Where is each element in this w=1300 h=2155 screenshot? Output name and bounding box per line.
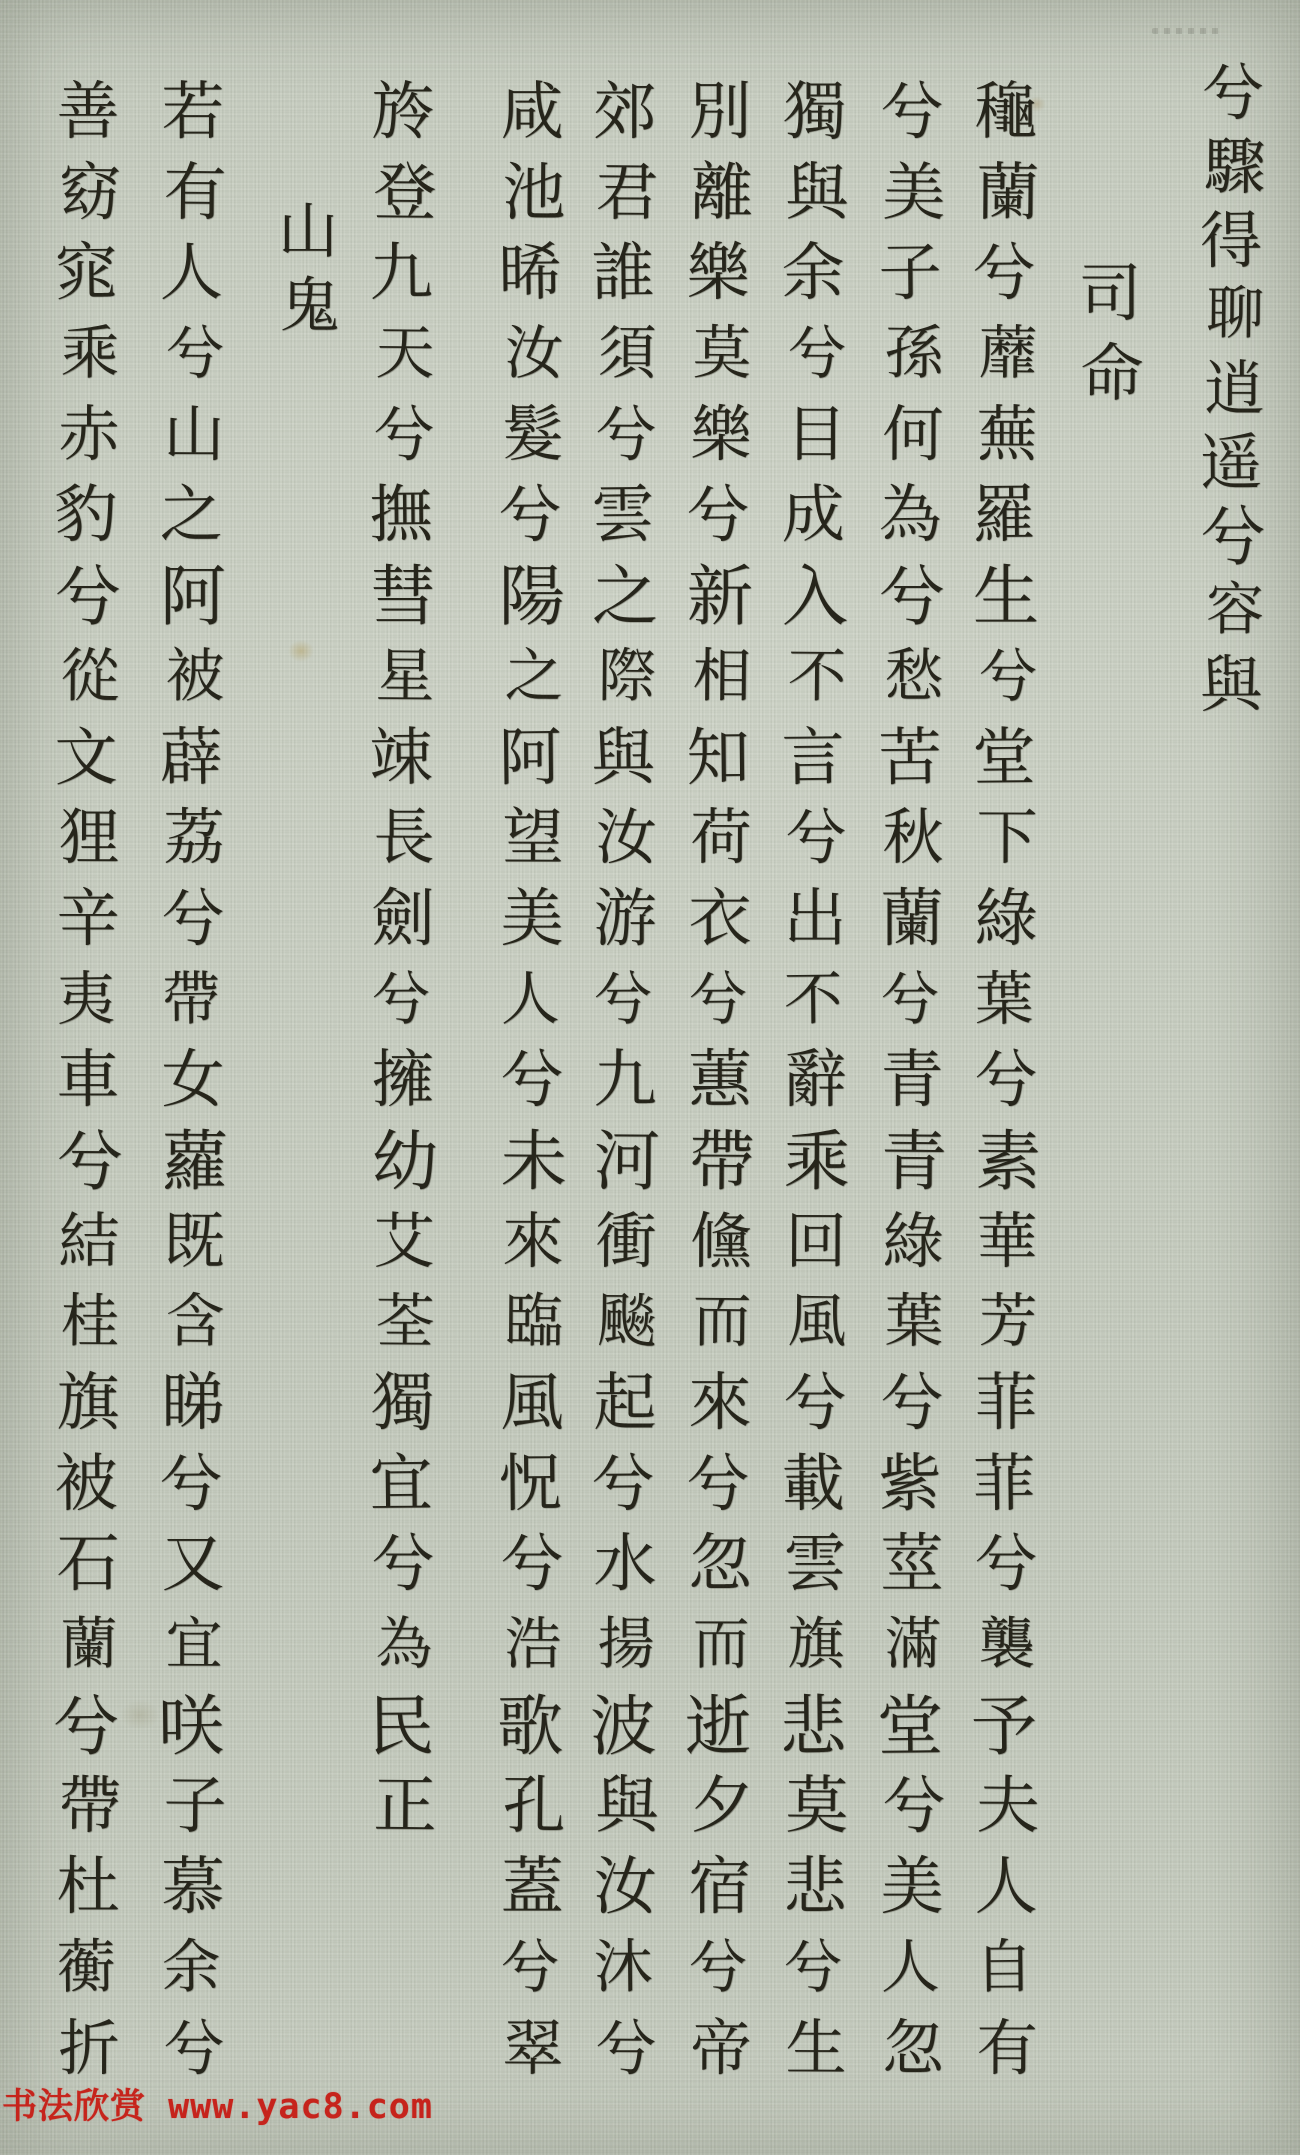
glyph: 夕 <box>680 1760 765 1841</box>
glyph: 兮 <box>676 1437 761 1519</box>
glyph: 杜 <box>46 1841 130 1922</box>
glyph: 從 <box>48 630 133 711</box>
glyph: 辭 <box>773 1034 857 1115</box>
glyph: 浩 <box>492 1600 574 1679</box>
glyph: 芳 <box>966 1276 1051 1357</box>
glyph: 窈 <box>48 146 133 227</box>
glyph: 又 <box>151 1518 235 1599</box>
column-siming-5: 郊君誰須兮雲之際與汝游兮九河衝飈起兮水揚波與汝沐兮 <box>583 66 667 2083</box>
glyph: 帶 <box>48 1760 133 1841</box>
glyph: 乘 <box>48 308 133 389</box>
glyph: 莫 <box>775 1760 860 1841</box>
glyph: 生 <box>964 550 1048 631</box>
glyph: 蘅 <box>44 1921 129 2003</box>
glyph: 生 <box>775 2004 857 2083</box>
glyph: 入 <box>773 550 857 631</box>
glyph: 辛 <box>46 873 130 954</box>
glyph: 兮 <box>490 1518 574 1599</box>
glyph: 與 <box>775 146 860 227</box>
glyph: 阿 <box>151 550 235 631</box>
glyph: 蘭 <box>966 146 1051 227</box>
glyph: 荃 <box>363 1276 448 1357</box>
glyph: 蕙 <box>678 1034 762 1115</box>
glyph: 余 <box>771 227 856 309</box>
glyph: 兮 <box>359 953 444 1035</box>
glyph: 命 <box>1070 328 1155 409</box>
glyph: 文 <box>44 711 129 793</box>
glyph: 愁 <box>872 630 957 711</box>
glyph: 蘼 <box>966 308 1051 389</box>
glyph: 堂 <box>868 1679 953 1761</box>
glyph: 赤 <box>48 390 130 469</box>
glyph: 翠 <box>492 2004 574 2083</box>
glyph: 子 <box>868 227 953 309</box>
glyph: 鬼 <box>268 264 353 339</box>
glyph: 雲 <box>581 469 666 551</box>
glyph: 獨 <box>361 1357 445 1438</box>
glyph: 咲 <box>149 1679 234 1761</box>
glyph: 逝 <box>676 1679 761 1761</box>
glyph: 與 <box>1189 642 1274 717</box>
glyph: 來 <box>678 1357 762 1438</box>
glyph: 宿 <box>678 1841 762 1922</box>
glyph: 余 <box>149 1921 234 2003</box>
glyph: 羅 <box>962 469 1047 551</box>
glyph: 兮 <box>151 873 235 954</box>
glyph: 紫 <box>868 1437 953 1519</box>
glyph: 晞 <box>488 227 573 309</box>
glyph: 星 <box>363 630 448 711</box>
column-siming-6: 咸池晞汝髮兮陽之阿望美人兮未來臨風怳兮浩歌孔蓋兮翠 <box>490 66 574 2083</box>
glyph: 龝 <box>964 66 1048 147</box>
glyph: 艾 <box>363 1197 445 1276</box>
glyph: 汝 <box>585 793 667 872</box>
glyph: 忽 <box>678 1518 762 1599</box>
glyph: 汝 <box>492 308 577 389</box>
glyph: 衝 <box>585 1197 667 1276</box>
glyph: 菲 <box>962 1437 1047 1519</box>
glyph: 儵 <box>680 1197 762 1276</box>
column-shangui-2: 善窈窕乘赤豹兮從文狸辛夷車兮結桂旗被石蘭兮帶杜蘅折 <box>46 66 130 2083</box>
glyph: 兮 <box>46 550 130 631</box>
glyph: 兮 <box>964 1034 1048 1115</box>
glyph: 善 <box>46 66 130 147</box>
glyph: 兮 <box>870 550 954 631</box>
glyph: 兮 <box>870 1357 954 1438</box>
glyph: 有 <box>153 146 238 227</box>
glyph: 旗 <box>775 1600 857 1679</box>
glyph: 旍 <box>361 66 445 147</box>
glyph: 兮 <box>676 1921 761 2003</box>
column-siming-1: 龝蘭兮蘼蕪羅生兮堂下綠葉兮素華芳菲菲兮襲予夫人自有 <box>964 66 1048 2083</box>
column-siming-2: 兮美子孫何為兮愁苦秋蘭兮青青綠葉兮紫莖滿堂兮美人忽 <box>870 66 954 2083</box>
glyph: 池 <box>492 146 577 227</box>
glyph: 兮 <box>363 390 445 469</box>
glyph: 兮 <box>676 469 761 551</box>
glyph: 之 <box>583 550 667 631</box>
glyph: 荷 <box>680 793 762 872</box>
column-xiangfuren-ending: 兮驟得聊逍遥兮容與 <box>1191 50 1275 716</box>
glyph: 咸 <box>490 66 574 147</box>
glyph: 莖 <box>870 1518 954 1599</box>
glyph: 蘭 <box>48 1600 130 1679</box>
glyph: 髮 <box>492 390 574 469</box>
glyph: 素 <box>966 1115 1051 1196</box>
glyph: 九 <box>583 1034 667 1115</box>
glyph: 兮 <box>962 227 1047 309</box>
glyph: 蘿 <box>153 1115 238 1196</box>
glyph: 揚 <box>585 1600 667 1679</box>
glyph: 悲 <box>773 1841 857 1922</box>
glyph: 風 <box>775 1276 860 1357</box>
glyph: 夷 <box>44 953 129 1035</box>
glyph: 石 <box>46 1518 130 1599</box>
glyph: 既 <box>153 1197 235 1276</box>
glyph: 忽 <box>872 2004 954 2083</box>
glyph: 知 <box>676 711 761 793</box>
glyph: 兮 <box>1191 494 1275 568</box>
glyph: 兮 <box>773 1357 857 1438</box>
glyph: 兮 <box>585 2004 667 2083</box>
glyph: 樂 <box>680 390 762 469</box>
glyph: 兮 <box>966 630 1051 711</box>
glyph: 被 <box>153 630 238 711</box>
glyph: 為 <box>868 469 953 551</box>
glyph: 葉 <box>872 1276 957 1357</box>
faint-edge-marks <box>1152 28 1222 34</box>
glyph: 宜 <box>153 1600 235 1679</box>
glyph: 兮 <box>676 953 761 1035</box>
glyph: 兮 <box>488 469 573 551</box>
glyph: 荔 <box>153 793 235 872</box>
glyph: 葉 <box>962 953 1047 1035</box>
poem-title-shangui: 山鬼 <box>266 190 350 338</box>
glyph: 窕 <box>44 227 129 309</box>
glyph: 兮 <box>490 1034 574 1115</box>
glyph: 為 <box>363 1600 445 1679</box>
glyph: 回 <box>775 1197 857 1276</box>
glyph: 相 <box>680 630 765 711</box>
glyph: 帶 <box>149 953 234 1035</box>
glyph: 兮 <box>48 1115 133 1196</box>
glyph: 兮 <box>870 66 954 147</box>
glyph: 人 <box>149 227 234 309</box>
glyph: 青 <box>872 1115 957 1196</box>
glyph: 游 <box>583 873 667 954</box>
glyph: 兮 <box>964 1518 1048 1599</box>
glyph: 際 <box>585 630 670 711</box>
glyph: 人 <box>964 1841 1048 1922</box>
glyph: 美 <box>490 873 574 954</box>
glyph: 有 <box>966 2004 1048 2083</box>
glyph: 民 <box>359 1679 444 1761</box>
glyph: 兮 <box>585 390 667 469</box>
glyph: 華 <box>966 1197 1048 1276</box>
glyph: 慕 <box>151 1841 235 1922</box>
glyph: 車 <box>46 1034 130 1115</box>
glyph: 離 <box>680 146 765 227</box>
glyph: 美 <box>872 146 957 227</box>
glyph: 竦 <box>359 711 444 793</box>
paper-stain <box>288 640 314 662</box>
glyph: 不 <box>771 953 856 1035</box>
glyph: 兮 <box>153 2004 235 2083</box>
glyph: 水 <box>583 1518 667 1599</box>
glyph: 莫 <box>680 308 765 389</box>
glyph: 天 <box>363 308 448 389</box>
glyph: 兮 <box>775 793 857 872</box>
glyph: 苦 <box>868 711 953 793</box>
glyph: 予 <box>962 1679 1047 1761</box>
glyph: 兮 <box>775 308 860 389</box>
glyph: 宜 <box>359 1437 444 1519</box>
glyph: 撫 <box>359 469 444 551</box>
glyph: 成 <box>771 469 856 551</box>
glyph: 新 <box>678 550 762 631</box>
glyph: 出 <box>773 873 857 954</box>
glyph: 兮 <box>581 953 666 1035</box>
glyph: 兮 <box>149 1437 234 1519</box>
glyph: 兮 <box>488 1921 573 2003</box>
glyph: 兮 <box>361 1518 445 1599</box>
glyph: 望 <box>492 793 574 872</box>
glyph: 遥 <box>1189 420 1274 495</box>
glyph: 兮 <box>868 953 953 1035</box>
column-siming-3: 獨與余兮目成入不言兮出不辭乘回風兮載雲旗悲莫悲兮生 <box>773 66 857 2083</box>
glyph: 誰 <box>581 227 666 309</box>
glyph: 之 <box>492 630 577 711</box>
glyph: 兮 <box>581 1437 666 1519</box>
glyph: 容 <box>1193 568 1278 643</box>
glyph: 桂 <box>48 1276 133 1357</box>
glyph: 襲 <box>966 1600 1048 1679</box>
glyph: 河 <box>585 1115 670 1196</box>
glyph: 秋 <box>872 793 954 872</box>
glyph: 不 <box>775 630 860 711</box>
glyph: 載 <box>771 1437 856 1519</box>
glyph: 女 <box>151 1034 235 1115</box>
glyph: 風 <box>490 1357 574 1438</box>
glyph: 兮 <box>44 1679 129 1761</box>
glyph: 波 <box>581 1679 666 1761</box>
glyph: 目 <box>775 390 857 469</box>
glyph: 蕪 <box>966 390 1048 469</box>
glyph: 幼 <box>363 1115 448 1196</box>
glyph: 飈 <box>585 1276 670 1357</box>
glyph: 乘 <box>775 1115 860 1196</box>
column-siming-7: 旍登九天兮撫彗星竦長劍兮擁幼艾荃獨宜兮為民正 <box>361 66 445 1841</box>
glyph: 悲 <box>771 1679 856 1761</box>
glyph: 起 <box>583 1357 667 1438</box>
glyph: 別 <box>678 66 762 147</box>
poem-title-siming: 司命 <box>1068 248 1152 408</box>
site-watermark-text: 书法欣赏 www.yac8.com <box>2 2079 433 2129</box>
glyph: 得 <box>1189 198 1274 273</box>
glyph: 綠 <box>872 1197 954 1276</box>
glyph: 蘭 <box>870 873 954 954</box>
glyph: 司 <box>1068 248 1152 328</box>
glyph: 九 <box>359 227 444 309</box>
glyph: 睇 <box>151 1357 235 1438</box>
glyph: 孔 <box>492 1760 577 1841</box>
glyph: 阿 <box>488 711 573 793</box>
glyph: 擁 <box>361 1034 445 1115</box>
glyph: 子 <box>153 1760 238 1841</box>
glyph: 言 <box>771 711 856 793</box>
site-watermark: 书法欣赏 www.yac8.com <box>2 2084 433 2124</box>
glyph: 含 <box>153 1276 238 1357</box>
glyph: 蓋 <box>490 1841 574 1922</box>
glyph: 綠 <box>964 873 1048 954</box>
glyph: 旗 <box>46 1357 130 1438</box>
glyph: 臨 <box>492 1276 577 1357</box>
glyph: 之 <box>149 469 234 551</box>
glyph: 未 <box>492 1115 577 1196</box>
glyph: 青 <box>870 1034 954 1115</box>
glyph: 兮 <box>872 1760 957 1841</box>
glyph: 衣 <box>678 873 762 954</box>
glyph: 登 <box>363 146 448 227</box>
glyph: 聊 <box>1193 272 1278 347</box>
glyph: 逍 <box>1193 347 1275 419</box>
glyph: 何 <box>872 390 954 469</box>
glyph: 夫 <box>966 1760 1051 1841</box>
glyph: 須 <box>585 308 670 389</box>
column-siming-4: 別離樂莫樂兮新相知荷衣兮蕙帶儵而來兮忽而逝夕宿兮帝 <box>678 66 762 2083</box>
glyph: 怳 <box>488 1437 573 1519</box>
glyph: 山 <box>153 390 235 469</box>
glyph: 兮 <box>153 308 238 389</box>
glyph: 郊 <box>583 66 667 147</box>
glyph: 菲 <box>964 1357 1048 1438</box>
glyph: 獨 <box>773 66 857 147</box>
glyph: 劍 <box>361 873 445 954</box>
manuscript-page: 兮驟得聊逍遥兮容與司命龝蘭兮蘼蕪羅生兮堂下綠葉兮素華芳菲菲兮襲予夫人自有兮美子孫… <box>0 0 1300 2155</box>
glyph: 結 <box>48 1197 130 1276</box>
glyph: 豹 <box>44 469 129 551</box>
glyph: 君 <box>585 146 670 227</box>
glyph: 長 <box>363 793 445 872</box>
glyph: 自 <box>962 1921 1047 2003</box>
glyph: 帝 <box>680 2004 762 2083</box>
glyph: 與 <box>581 711 666 793</box>
glyph: 汝 <box>583 1841 667 1922</box>
glyph: 雲 <box>773 1518 857 1599</box>
glyph: 彗 <box>361 550 445 631</box>
glyph: 若 <box>151 66 235 147</box>
glyph: 下 <box>966 793 1048 872</box>
glyph: 兮 <box>1191 50 1275 124</box>
glyph: 山 <box>266 190 350 264</box>
glyph: 正 <box>363 1760 448 1841</box>
glyph: 兮 <box>771 1921 856 2003</box>
glyph: 人 <box>488 953 573 1035</box>
glyph: 驟 <box>1193 124 1278 199</box>
glyph: 薜 <box>149 711 234 793</box>
glyph: 陽 <box>490 550 574 631</box>
glyph: 人 <box>868 1921 953 2003</box>
glyph: 堂 <box>962 711 1047 793</box>
glyph: 而 <box>680 1276 765 1357</box>
glyph: 狸 <box>48 793 130 872</box>
glyph: 與 <box>585 1760 670 1841</box>
glyph: 帶 <box>680 1115 765 1196</box>
column-shangui-1: 若有人兮山之阿被薜荔兮帶女蘿既含睇兮又宜咲子慕余兮 <box>151 66 235 2083</box>
glyph: 歌 <box>488 1679 573 1761</box>
glyph: 滿 <box>872 1600 954 1679</box>
glyph: 孫 <box>872 308 957 389</box>
glyph: 折 <box>48 2004 130 2083</box>
glyph: 沐 <box>581 1921 666 2003</box>
glyph: 美 <box>870 1841 954 1922</box>
glyph: 樂 <box>676 227 761 309</box>
glyph: 被 <box>44 1437 129 1519</box>
glyph: 來 <box>492 1197 574 1276</box>
glyph: 而 <box>680 1600 762 1679</box>
